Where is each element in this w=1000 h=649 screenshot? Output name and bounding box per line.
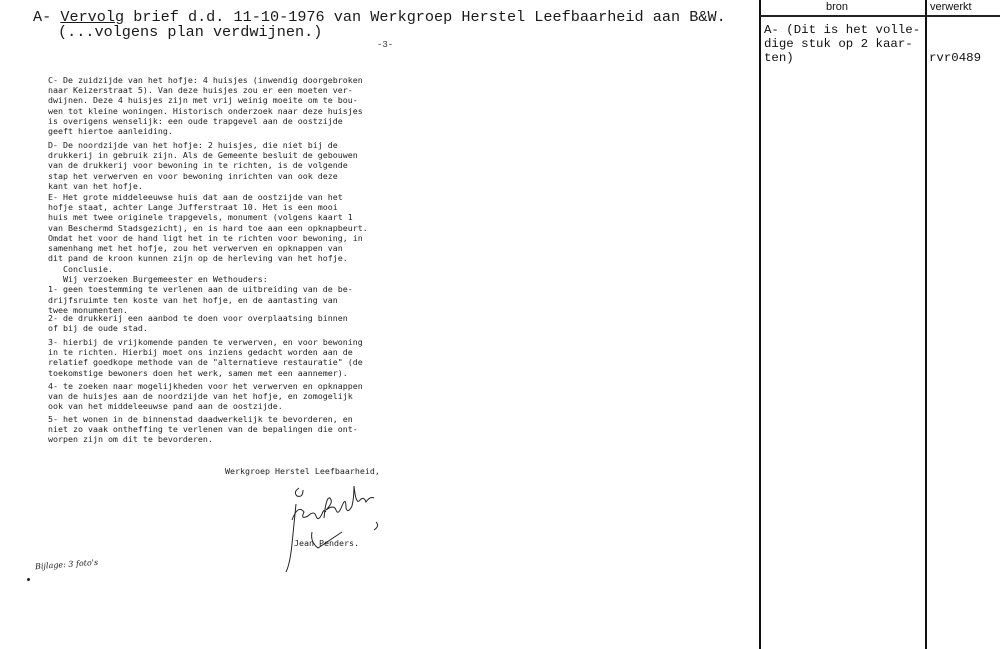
handwritten-signature — [284, 482, 394, 572]
paragraph-d: D- De noordzijde van het hofje: 2 huisje… — [48, 140, 408, 191]
paragraph-c: C- De zuidzijde van het hofje: 4 huisjes… — [48, 75, 408, 136]
table-header-rule — [760, 15, 1000, 17]
table-border-middle — [925, 0, 927, 649]
signatory-name: Jean Penders. — [294, 538, 359, 548]
paragraph-point-3: 3- hierbij de vrijkomende panden te verw… — [48, 337, 408, 378]
bijlage-note: Bijlage: 3 foto's — [35, 558, 99, 571]
table-border-left — [759, 0, 761, 649]
bron-cell: A- (Dit is het volle- dige stuk op 2 kaa… — [764, 23, 920, 65]
verwerkt-cell: rvr0489 — [929, 51, 981, 65]
paragraph-point-5: 5- het wonen in de binnenstad daadwerkel… — [48, 414, 408, 445]
margin-mark — [27, 578, 30, 581]
signature-organisation: Werkgroep Herstel Leefbaarheid, — [225, 466, 380, 476]
paragraph-e: E- Het grote middeleeuwse huis dat aan d… — [48, 192, 408, 263]
heading-subline: (...volgens plan verdwijnen.) — [58, 24, 322, 40]
paragraph-point-4: 4- te zoeken naar mogelijkheden voor het… — [48, 381, 408, 412]
page-number: -3- — [377, 40, 393, 50]
column-header-verwerkt: verwerkt — [930, 1, 972, 13]
column-header-bron: bron — [826, 1, 848, 13]
paragraph-point-2: 2- de drukkerij een aanbod te doen voor … — [48, 313, 408, 333]
heading-prefix: A- — [33, 8, 60, 26]
paragraph-conclusie: Conclusie. Wij verzoeken Burgemeester en… — [48, 264, 408, 315]
